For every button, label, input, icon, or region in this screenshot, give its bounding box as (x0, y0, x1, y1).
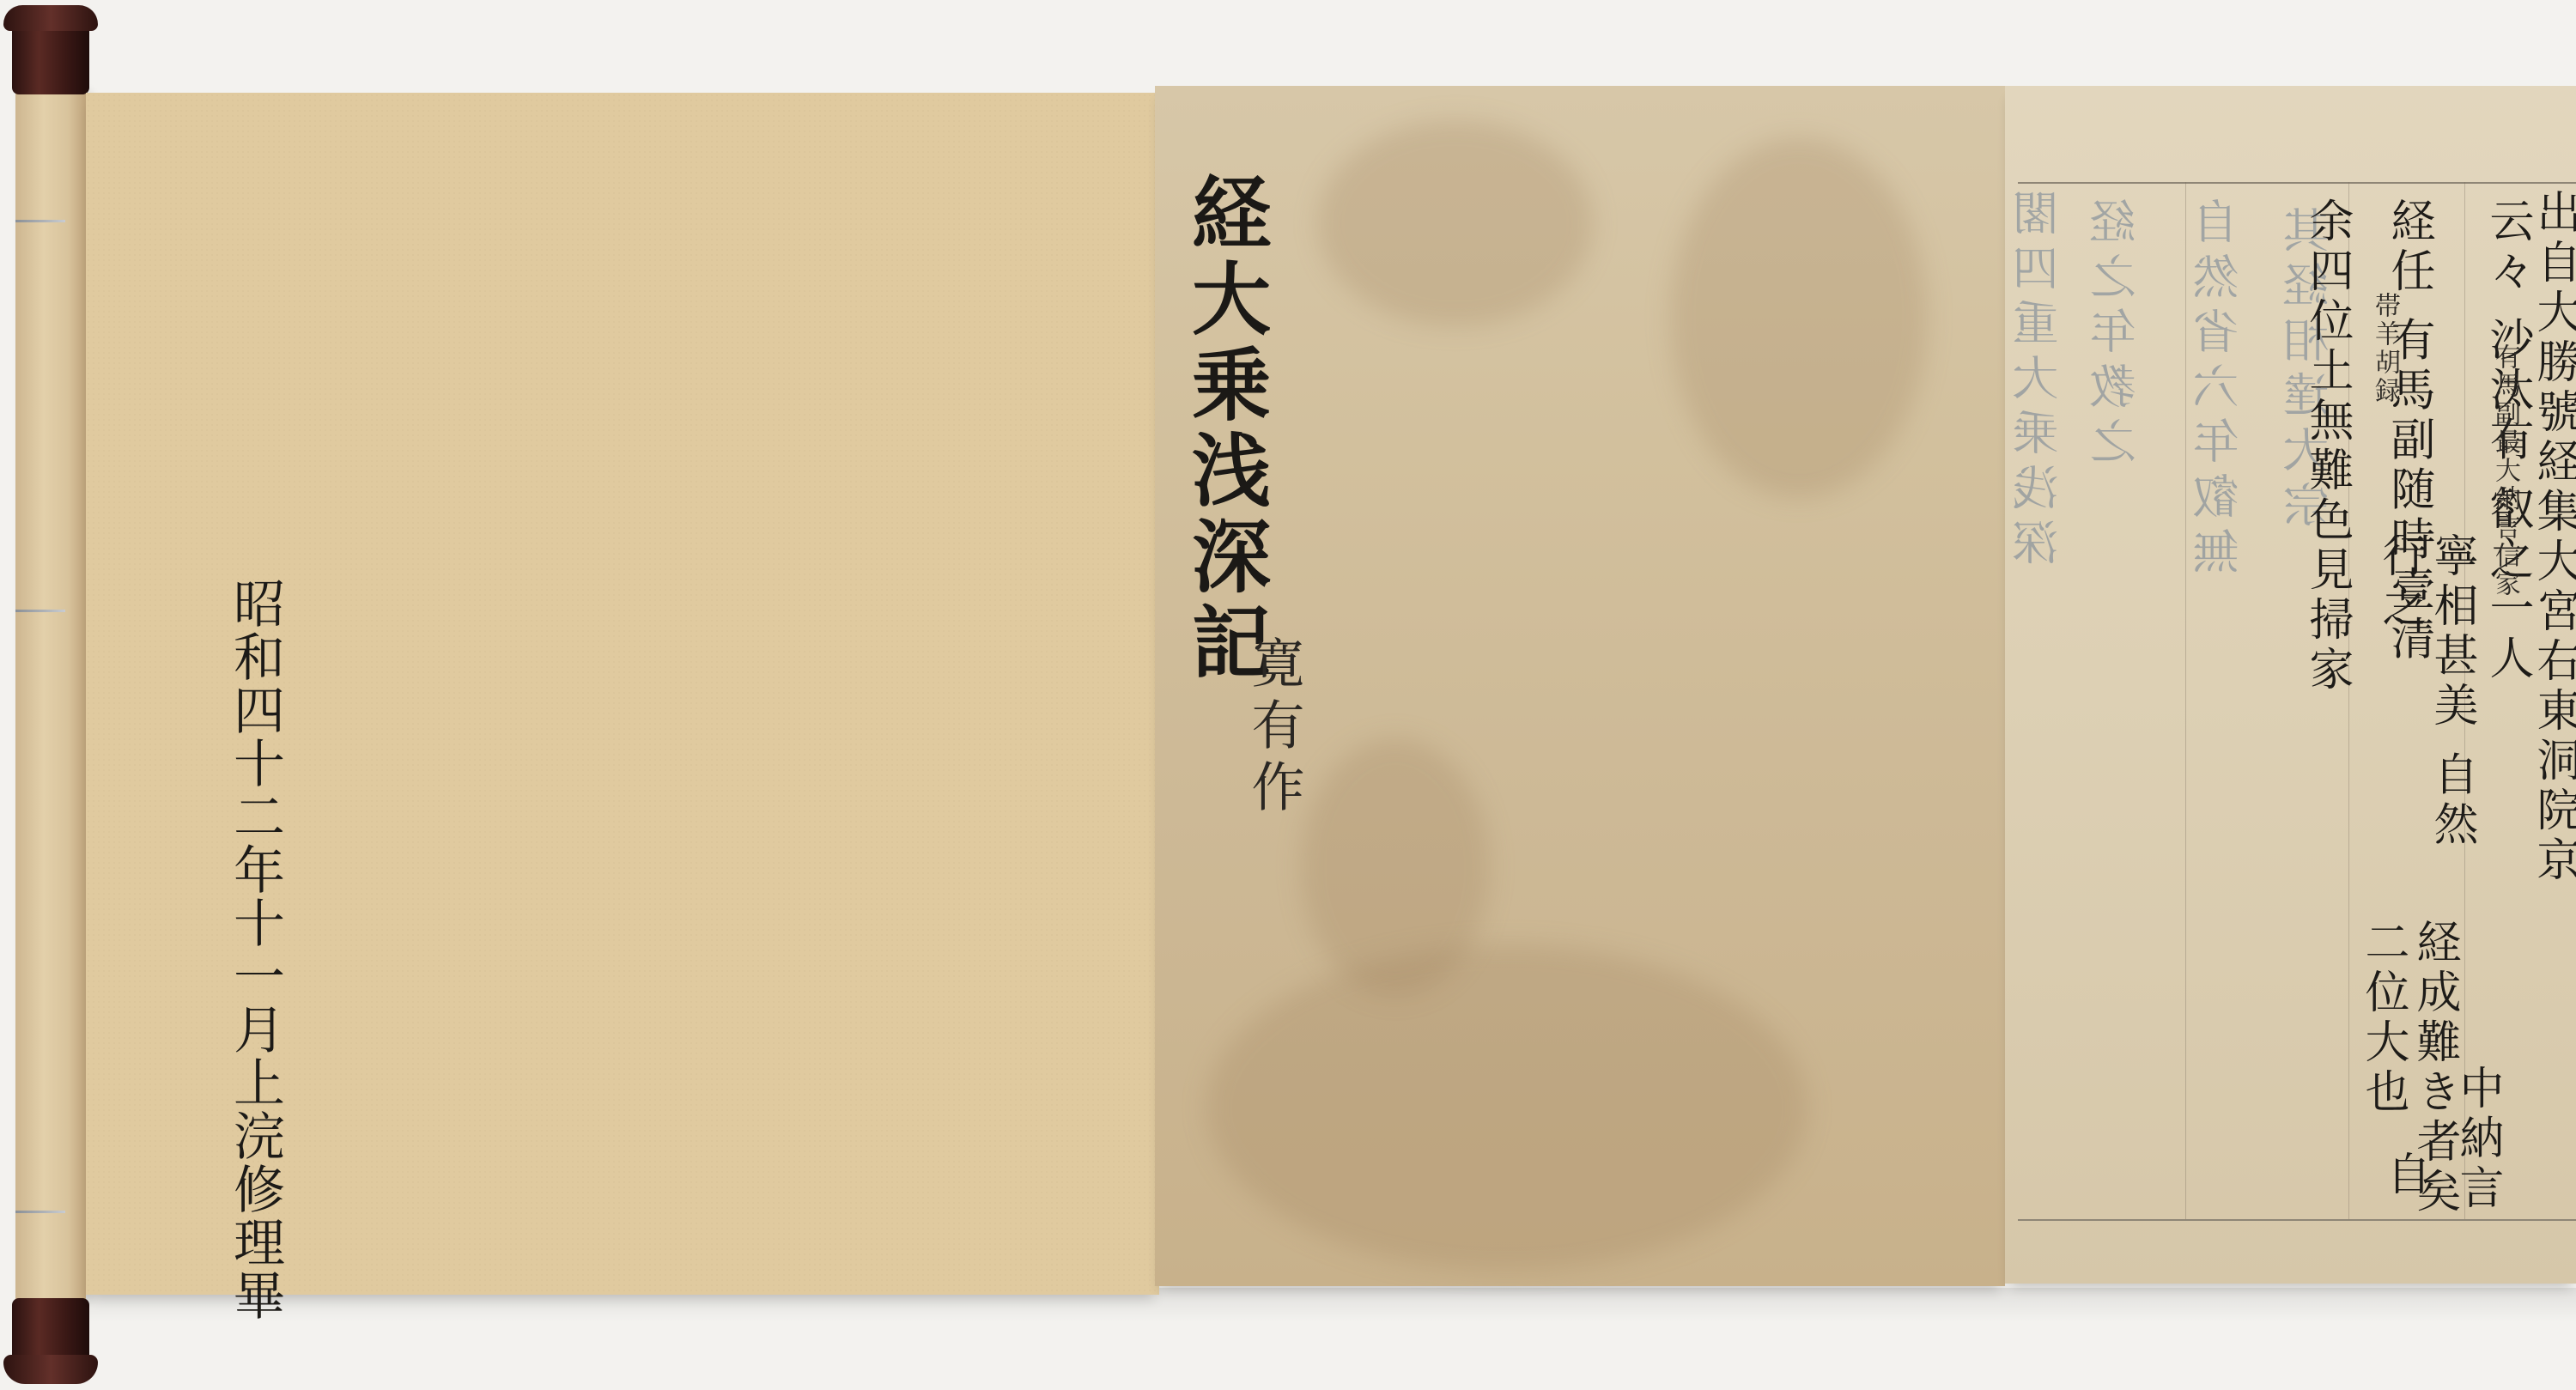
roller-top-knob (12, 5, 89, 94)
text-column: 中納言 (2451, 1065, 2503, 1236)
water-stain (1670, 137, 1928, 498)
document-author: 寛有作 (1243, 635, 1303, 821)
repair-colophon: 昭和四十二年十一月上浣修理畢 (225, 577, 285, 1322)
bleed-through-text: 経之年教之 (2091, 197, 2142, 1211)
text-column: 寧相甚美 自然行之 (2374, 532, 2477, 876)
column-guide (2185, 182, 2186, 1219)
top-ruled-line (2018, 182, 2576, 184)
roller-pin (15, 220, 65, 222)
text-column: 出自大勝號経集大宮右東洞院京 (2529, 189, 2576, 1219)
water-stain (1206, 944, 1807, 1271)
scroll-roller (15, 91, 86, 1300)
roller-bottom-knob (12, 1298, 89, 1384)
bleed-through-text: 自然省六年叡無 (2194, 197, 2245, 1211)
water-stain (1318, 120, 1593, 326)
roller-pin (15, 1211, 65, 1213)
document-title: 経大乗浅深記 (1178, 172, 1273, 687)
text-column: 余四位土無難色見掃家 (2301, 197, 2353, 884)
text-column: 自 (2379, 1150, 2430, 1219)
scroll-photo: 昭和四十二年十一月上浣修理畢 経大乗浅深記 寛有作 閣四重大乗浅深 経之年教之 … (0, 0, 2576, 1390)
text-annotation: 有馬副最大納言信家 (2490, 343, 2519, 859)
bleed-through-text: 閣四重大乗浅深 (2014, 189, 2065, 1202)
roller-pin (15, 610, 65, 612)
